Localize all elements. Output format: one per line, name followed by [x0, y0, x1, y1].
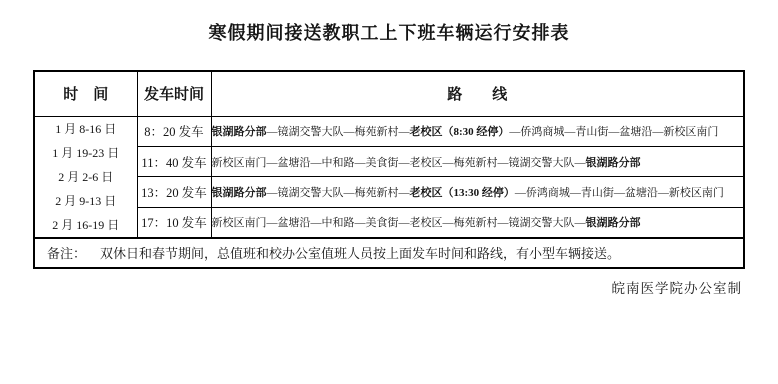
route-segment: 新校区南门—盆塘沿—中和路—美食街—老校区—梅苑新村—镜湖交警大队— — [212, 157, 586, 169]
date-ranges-cell: 1 月 8-16 日 1 月 19-23 日 2 月 2-6 日 2 月 9-1… — [34, 116, 137, 238]
route-description: 银湖路分部—镜湖交警大队—梅苑新村—老校区（8:30 经停）—侨鸿商城—青山街—… — [211, 116, 744, 146]
table-row: 11：40 发车 新校区南门—盆塘沿—中和路—美食街—老校区—梅苑新村—镜湖交警… — [34, 146, 744, 176]
table-row: 13：20 发车 银湖路分部—镜湖交警大队—梅苑新村—老校区（13:30 经停）… — [34, 177, 744, 207]
date-range: 2 月 9-13 日 — [35, 189, 137, 213]
table-note-row: 备注：双休日和春节期间，总值班和校办公室值班人员按上面发车时间和路线，有小型车辆… — [34, 238, 744, 268]
route-segment: —镜湖交警大队—梅苑新村— — [267, 187, 410, 199]
route-segment: —镜湖交警大队—梅苑新村— — [267, 126, 410, 138]
route-description: 银湖路分部—镜湖交警大队—梅苑新村—老校区（13:30 经停）—侨鸿商城—青山街… — [211, 177, 744, 207]
issuing-office: 皖南医学院办公室制 — [612, 277, 743, 297]
date-range: 2 月 2-6 日 — [35, 165, 137, 189]
route-segment: 老校区（8:30 经停） — [410, 126, 510, 138]
date-range: 1 月 8-16 日 — [35, 117, 137, 141]
note-label: 备注： — [47, 246, 86, 261]
date-range: 1 月 19-23 日 — [35, 141, 137, 165]
table-row: 1 月 8-16 日 1 月 19-23 日 2 月 2-6 日 2 月 9-1… — [34, 116, 744, 146]
column-header-route: 路 线 — [211, 71, 744, 116]
route-segment: —侨鸿商城—青山街—盆塘沿—新校区南门 — [509, 126, 718, 138]
departure-time: 17：10 发车 — [137, 207, 211, 237]
route-segment: 老校区（13:30 经停） — [410, 187, 515, 199]
departure-time: 11：40 发车 — [137, 146, 211, 176]
route-description: 新校区南门—盆塘沿—中和路—美食街—老校区—梅苑新村—镜湖交警大队—银湖路分部 — [211, 207, 744, 237]
route-segment: 银湖路分部 — [212, 187, 267, 199]
column-header-departure: 发车时间 — [137, 71, 211, 116]
date-range: 2 月 16-19 日 — [35, 213, 137, 237]
route-segment: 银湖路分部 — [586, 157, 641, 169]
route-segment: 银湖路分部 — [212, 126, 267, 138]
departure-time: 8：20 发车 — [137, 116, 211, 146]
departure-time: 13：20 发车 — [137, 177, 211, 207]
route-segment: —侨鸿商城—青山街—盆塘沿—新校区南门 — [515, 187, 724, 199]
table-header-row: 时 间 发车时间 路 线 — [34, 71, 744, 116]
route-segment: 新校区南门—盆塘沿—中和路—美食街—老校区—梅苑新村—镜湖交警大队— — [212, 217, 586, 229]
note-text: 双休日和春节期间，总值班和校办公室值班人员按上面发车时间和路线，有小型车辆接送。 — [100, 246, 620, 261]
note-cell: 备注：双休日和春节期间，总值班和校办公室值班人员按上面发车时间和路线，有小型车辆… — [34, 238, 744, 268]
page-title: 寒假期间接送教职工上下班车辆运行安排表 — [0, 19, 778, 45]
shuttle-schedule-table: 时 间 发车时间 路 线 1 月 8-16 日 1 月 19-23 日 2 月 … — [33, 70, 745, 269]
route-segment: 银湖路分部 — [586, 217, 641, 229]
route-description: 新校区南门—盆塘沿—中和路—美食街—老校区—梅苑新村—镜湖交警大队—银湖路分部 — [211, 146, 744, 176]
column-header-time: 时 间 — [34, 71, 137, 116]
table-row: 17：10 发车 新校区南门—盆塘沿—中和路—美食街—老校区—梅苑新村—镜湖交警… — [34, 207, 744, 237]
